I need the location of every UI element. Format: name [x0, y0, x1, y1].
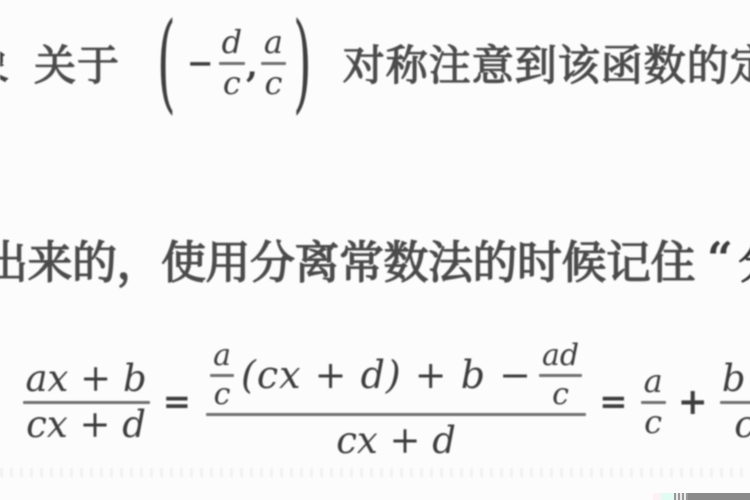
- equals-sign-2: =: [599, 382, 628, 422]
- open-quote-mark: “: [707, 232, 732, 285]
- fraction-tail-clipped: b − cx: [720, 360, 750, 445]
- close-paren: ): [291, 0, 314, 126]
- line2: 出来的，使用分离常数法的时候记住 “ 分 子: [0, 219, 750, 297]
- line2-bold-text: 分: [738, 226, 750, 291]
- numerator: a: [641, 365, 666, 399]
- numerator-middle-text: (cx + d) + b −: [241, 353, 532, 397]
- jpeg-noise-strip: [0, 468, 750, 477]
- numerator: d: [219, 26, 245, 60]
- formula-line: = ax + b cx + d = a c (cx + d) + b − ad: [0, 324, 750, 480]
- plus-sign: +: [678, 381, 708, 423]
- artifact-mint-speck: [661, 493, 674, 500]
- denominator: c: [641, 406, 665, 440]
- content-layer: 象 关于 ( − d c , a c ) 对称注意到该函数的定: [0, 0, 750, 500]
- numerator: ax + b: [23, 360, 150, 399]
- denominator: c: [549, 379, 572, 411]
- denominator: cx: [732, 406, 750, 445]
- numerator: ad: [539, 340, 582, 372]
- artifact-pink-speck: [653, 493, 661, 500]
- fraction-a-over-c: a c: [210, 340, 234, 410]
- expanded-denominator: cx + d: [336, 419, 456, 464]
- symmetry-point-expression: ( − d c , a c ): [150, 26, 319, 100]
- leading-equals-clipped: =: [0, 382, 3, 422]
- denominator: c: [220, 67, 244, 101]
- numerator: a: [261, 26, 286, 60]
- fraction-a-over-c-result: a c: [641, 365, 666, 439]
- expanded-fraction: a c (cx + d) + b − ad c cx + d: [206, 340, 586, 464]
- numerator: b −: [720, 360, 750, 399]
- artifact-checker-segment: [674, 493, 688, 500]
- denominator: cx + d: [23, 406, 149, 445]
- compression-artifact-bar: [653, 493, 750, 500]
- denominator: c: [211, 379, 234, 411]
- open-paren: (: [155, 0, 178, 126]
- clipped-char-left: 象: [0, 15, 10, 111]
- fraction-a-over-c: a c: [261, 26, 286, 100]
- line2-main-text: 出来的，使用分离常数法的时候记住: [0, 226, 695, 291]
- artifact-gray-bar: [688, 493, 750, 500]
- comma: ,: [246, 46, 258, 86]
- equals-sign-1: =: [163, 382, 192, 422]
- cropped-math-document: 象 关于 ( − d c , a c ) 对称注意到该函数的定: [0, 0, 750, 500]
- line1-prefix-text: 关于: [34, 33, 120, 93]
- fraction-axb-over-cxd: ax + b cx + d: [23, 360, 150, 445]
- numerator: a: [210, 340, 234, 372]
- minus-sign: −: [187, 44, 214, 82]
- fraction-d-over-c: d c: [219, 26, 245, 100]
- main-fraction-bar: [206, 413, 586, 416]
- denominator: c: [261, 67, 285, 101]
- line1: 象 关于 ( − d c , a c ) 对称注意到该函数的定: [0, 2, 750, 124]
- expanded-numerator: a c (cx + d) + b − ad c: [206, 340, 586, 410]
- line1-suffix-text: 对称注意到该函数的定: [343, 33, 750, 93]
- fraction-ad-over-c: ad c: [539, 340, 582, 410]
